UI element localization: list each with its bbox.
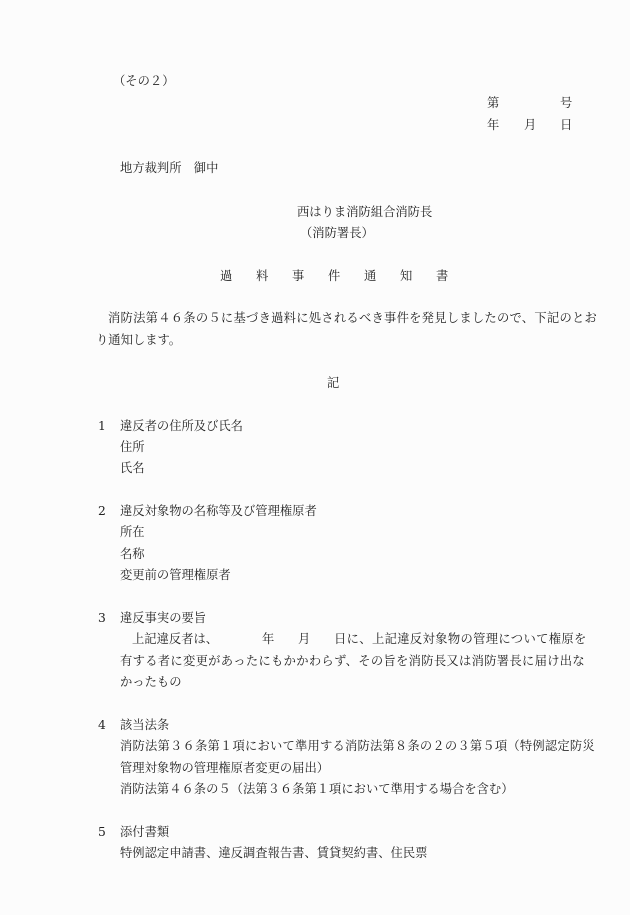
- title-char: 料: [256, 268, 268, 284]
- title-char: 件: [328, 268, 340, 284]
- law-line-3: 消防法第４６条の５（法第３６条第１項において準用する場合を含む）: [120, 781, 514, 797]
- field-label-address: 住所: [120, 439, 145, 455]
- attachments-list: 特例認定申請書、違反調査報告書、賃貸契約書、住民票: [120, 845, 427, 861]
- section-heading: 違反対象物の名称等及び管理権原者: [120, 503, 317, 519]
- intro-line-1: 消防法第４６条の５に基づき過料に処されるべき事件を発見しましたので、下記のとお: [108, 310, 597, 326]
- title-char: 事: [292, 268, 304, 284]
- number-prefix: 第: [487, 95, 499, 111]
- ki-label: 記: [327, 375, 339, 391]
- fact-line-3: かったもの: [120, 674, 182, 690]
- section-number: 3: [98, 610, 106, 626]
- section-heading: 違反事実の要旨: [120, 610, 206, 626]
- title-char: 書: [436, 268, 448, 284]
- title-char: 過: [220, 268, 232, 284]
- fact-lead: 上記違反者は、: [132, 631, 218, 647]
- field-label-facility-name: 名称: [120, 546, 145, 562]
- fact-year: 年: [262, 631, 274, 647]
- section-number: 5: [98, 824, 106, 840]
- sender-organization: 西はりま消防組合消防長: [297, 204, 432, 220]
- law-line-2: 管理対象物の管理権原者変更の届出）: [120, 760, 329, 776]
- section-number: 4: [98, 717, 106, 733]
- fact-line-2: 有する者に変更があったにもかかわらず、その旨を消防長又は消防署長に届け出な: [120, 653, 585, 669]
- date-day: 日: [560, 117, 572, 133]
- date-year: 年: [487, 117, 499, 133]
- fact-day-rest: 日に、上記違反対象物の管理について権原を: [334, 631, 587, 647]
- field-label-name: 氏名: [120, 460, 145, 476]
- section-heading: 該当法条: [120, 717, 169, 733]
- section-number: 2: [98, 503, 106, 519]
- fact-month: 月: [298, 631, 310, 647]
- date-month: 月: [524, 117, 536, 133]
- field-label-previous-owner: 変更前の管理権原者: [120, 567, 231, 583]
- law-line-1: 消防法第３６条第１項において準用する消防法第８条の２の３第５項（特例認定防災: [120, 738, 595, 754]
- title-char: 通: [364, 268, 376, 284]
- section-number: 1: [98, 418, 106, 434]
- addressee: 地方裁判所 御中: [120, 160, 218, 176]
- series-label: （その２）: [113, 73, 175, 89]
- sender-alt-title: （消防署長）: [300, 225, 374, 241]
- number-suffix: 号: [560, 95, 572, 111]
- intro-line-2: り通知します。: [96, 332, 181, 348]
- section-heading: 添付書類: [120, 824, 169, 840]
- title-char: 知: [400, 268, 412, 284]
- section-heading: 違反者の住所及び氏名: [120, 418, 243, 434]
- field-label-location: 所在: [120, 524, 145, 540]
